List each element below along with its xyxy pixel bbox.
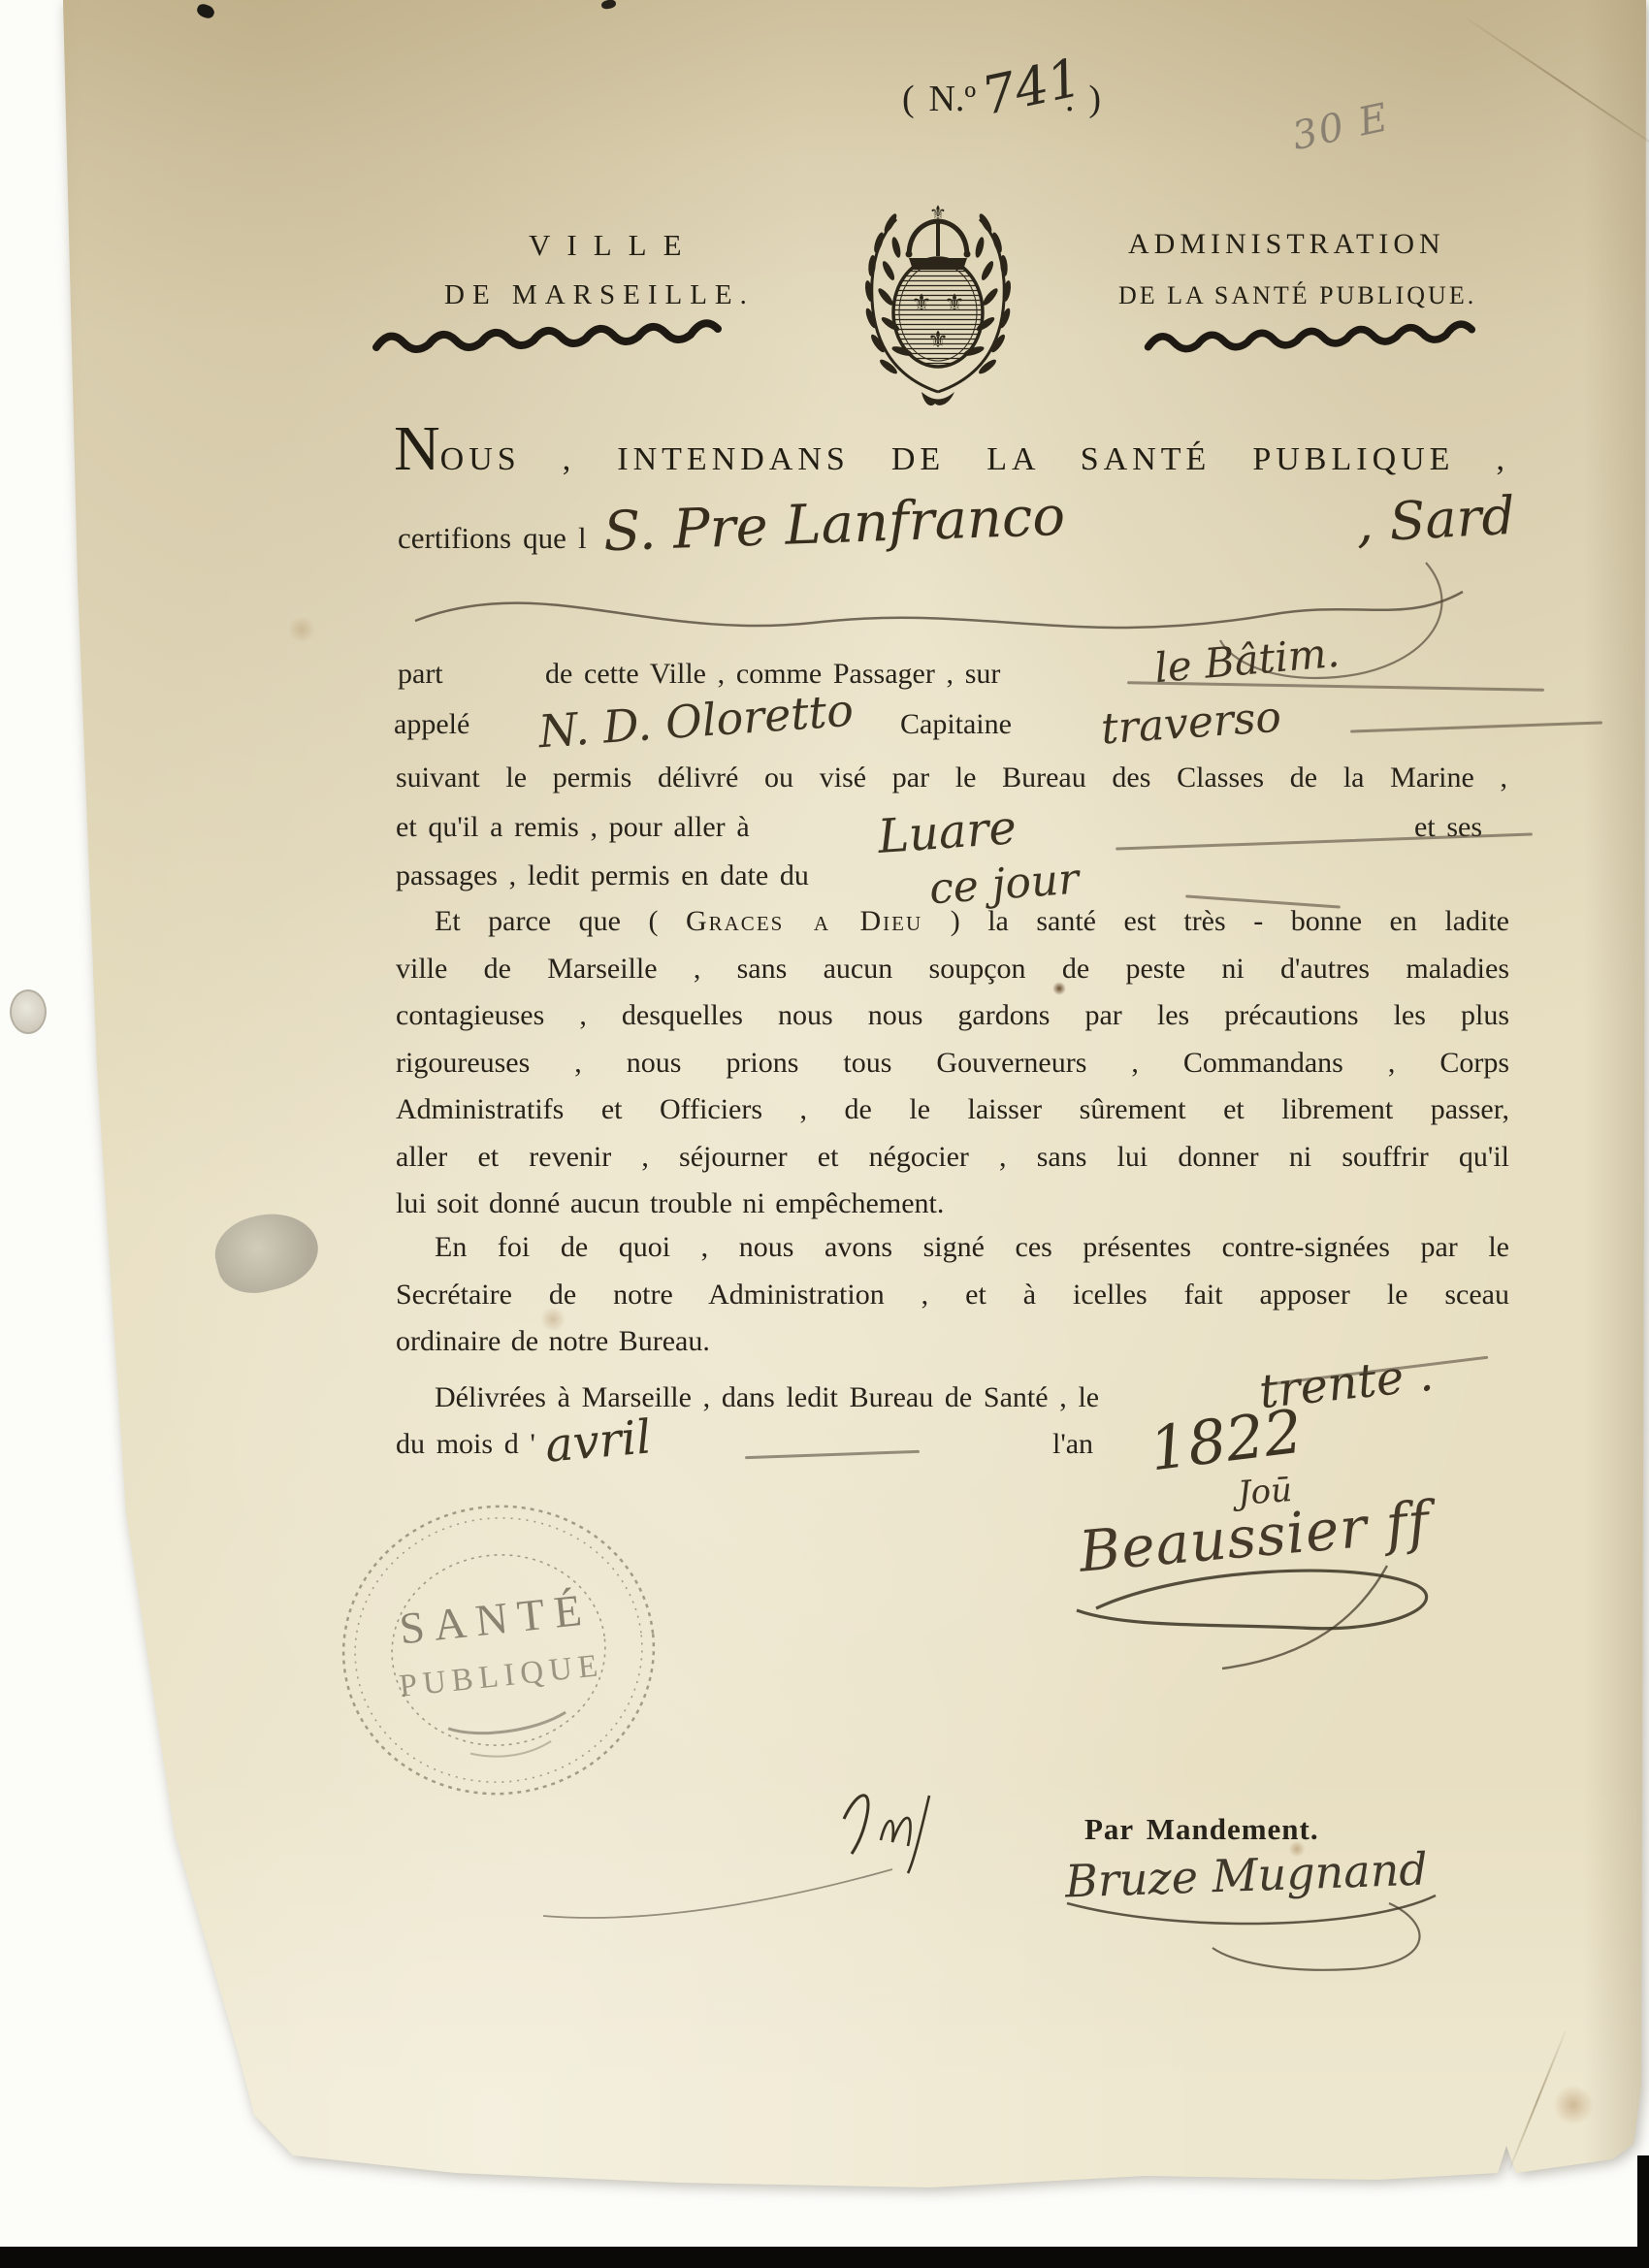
printed-text: aller et revenir , séjourner et négocier… [396, 1141, 1509, 1173]
printed-text: ordinaire de notre Bureau. [396, 1325, 710, 1357]
paragraph-line: ville de Marseille , sans aucun soupçon … [396, 946, 1509, 993]
printed-text: Secrétaire de notre Administration , et … [396, 1279, 1509, 1311]
paragraph-line: rigoureuses , nous prions tous Gouverneu… [396, 1040, 1509, 1087]
coat-of-arms-emblem: ⚜ ⚜ ⚜ ⚜ [846, 177, 1030, 402]
signature-flourish [1067, 1560, 1455, 1681]
signature-flourish [1048, 1884, 1455, 1995]
mandement-label: Par Mandement. [1084, 1812, 1319, 1847]
printed-text: suivant le permis délivré ou visé par le… [396, 761, 1507, 794]
svg-text:⚜: ⚜ [944, 289, 965, 316]
svg-text:⚜: ⚜ [911, 289, 932, 316]
scan-edge-right-sliver [1637, 2155, 1649, 2268]
printed-text: Délivrées à Marseille , dans ledit Burea… [435, 1381, 1099, 1414]
printed-text: ville de Marseille , sans aucun soupçon … [396, 953, 1509, 985]
document-title: NOUS , INTENDANS DE LA SANTÉ PUBLIQUE , [394, 435, 1509, 478]
stamp-line1: SANTÉ [397, 1584, 593, 1653]
decorative-wavy-rule [1141, 326, 1495, 357]
stamp-line2: PUBLIQUE [398, 1648, 605, 1704]
handwritten-entry: avril [543, 1409, 654, 1473]
paragraph: Et parce que ( Graces a Dieu ) la santé … [396, 898, 1509, 1228]
printed-text: part [398, 658, 443, 691]
title-initial: N [394, 413, 440, 484]
printed-text: Et parce que ( [435, 905, 686, 937]
header-city-line2: DE MARSEILLE. [444, 279, 755, 311]
printed-text: Administratifs et Officiers , de le lais… [396, 1093, 1509, 1125]
printed-text: passages , ledit permis en date du [396, 859, 809, 892]
printed-text: et qu'il a remis , pour aller à [396, 811, 750, 844]
paragraph-line: aller et revenir , séjourner et négocier… [396, 1134, 1509, 1182]
printed-text: du mois d ' [396, 1428, 535, 1461]
printed-text: En foi de quoi , nous avons signé ces pr… [435, 1231, 1509, 1263]
printed-text: appelé [394, 708, 469, 741]
decorative-wavy-rule [369, 326, 742, 357]
document-number-suffix: . ) [1065, 78, 1101, 120]
header-city-line1: VILLE [529, 228, 698, 263]
paragraph-line: Et parce que ( Graces a Dieu ) la santé … [396, 898, 1509, 946]
printed-text: Capitaine [900, 708, 1012, 741]
scanned-document: ( N.º 741 . ) 30 E VILLE DE MARSEILLE. A… [0, 0, 1649, 2268]
health-office-stamp: SANTÉ PUBLIQUE [319, 1483, 679, 1817]
foxing-spot [1552, 2086, 1595, 2124]
printed-text: Graces a Dieu [686, 905, 922, 937]
hole-punch-mark [10, 989, 47, 1034]
foxing-spot [287, 617, 316, 642]
paragraph-line: lui soit donné aucun trouble ni empêchem… [396, 1181, 1509, 1228]
printed-text: contagieuses , desquelles nous nous gard… [396, 999, 1509, 1031]
handwritten-entry: Luare [876, 800, 1018, 864]
paragraph-line: contagieuses , desquelles nous nous gard… [396, 992, 1509, 1040]
document-number-prefix: ( N.º [902, 78, 976, 120]
printed-text: de cette Ville , comme Passager , sur [545, 658, 1000, 691]
paragraph-line: Administratifs et Officiers , de le lais… [396, 1086, 1509, 1134]
title-rest: OUS , INTENDANS DE LA SANTÉ PUBLIQUE , [440, 441, 1509, 477]
paragraph-line: En foi de quoi , nous avons signé ces pr… [396, 1224, 1509, 1272]
scan-edge-black-strip [0, 2247, 1649, 2268]
handwritten-paraph [524, 1780, 970, 1935]
printed-text: rigoureuses , nous prions tous Gouverneu… [396, 1047, 1509, 1079]
printed-text: ) la santé est très - bonne en ladite [922, 905, 1509, 937]
svg-text:⚜: ⚜ [929, 201, 947, 224]
printed-text: lui soit donné aucun trouble ni empêchem… [396, 1187, 944, 1219]
printed-text: l'an [1052, 1428, 1093, 1461]
header-admin-line2: DE LA SANTÉ PUBLIQUE. [1118, 281, 1476, 310]
header-admin-line1: ADMINISTRATION [1128, 228, 1445, 261]
svg-text:⚜: ⚜ [927, 326, 949, 353]
paragraph-line: ordinaire de notre Bureau. [396, 1318, 1509, 1366]
paragraph: En foi de quoi , nous avons signé ces pr… [396, 1224, 1509, 1366]
paragraph-line: Secrétaire de notre Administration , et … [396, 1272, 1509, 1319]
